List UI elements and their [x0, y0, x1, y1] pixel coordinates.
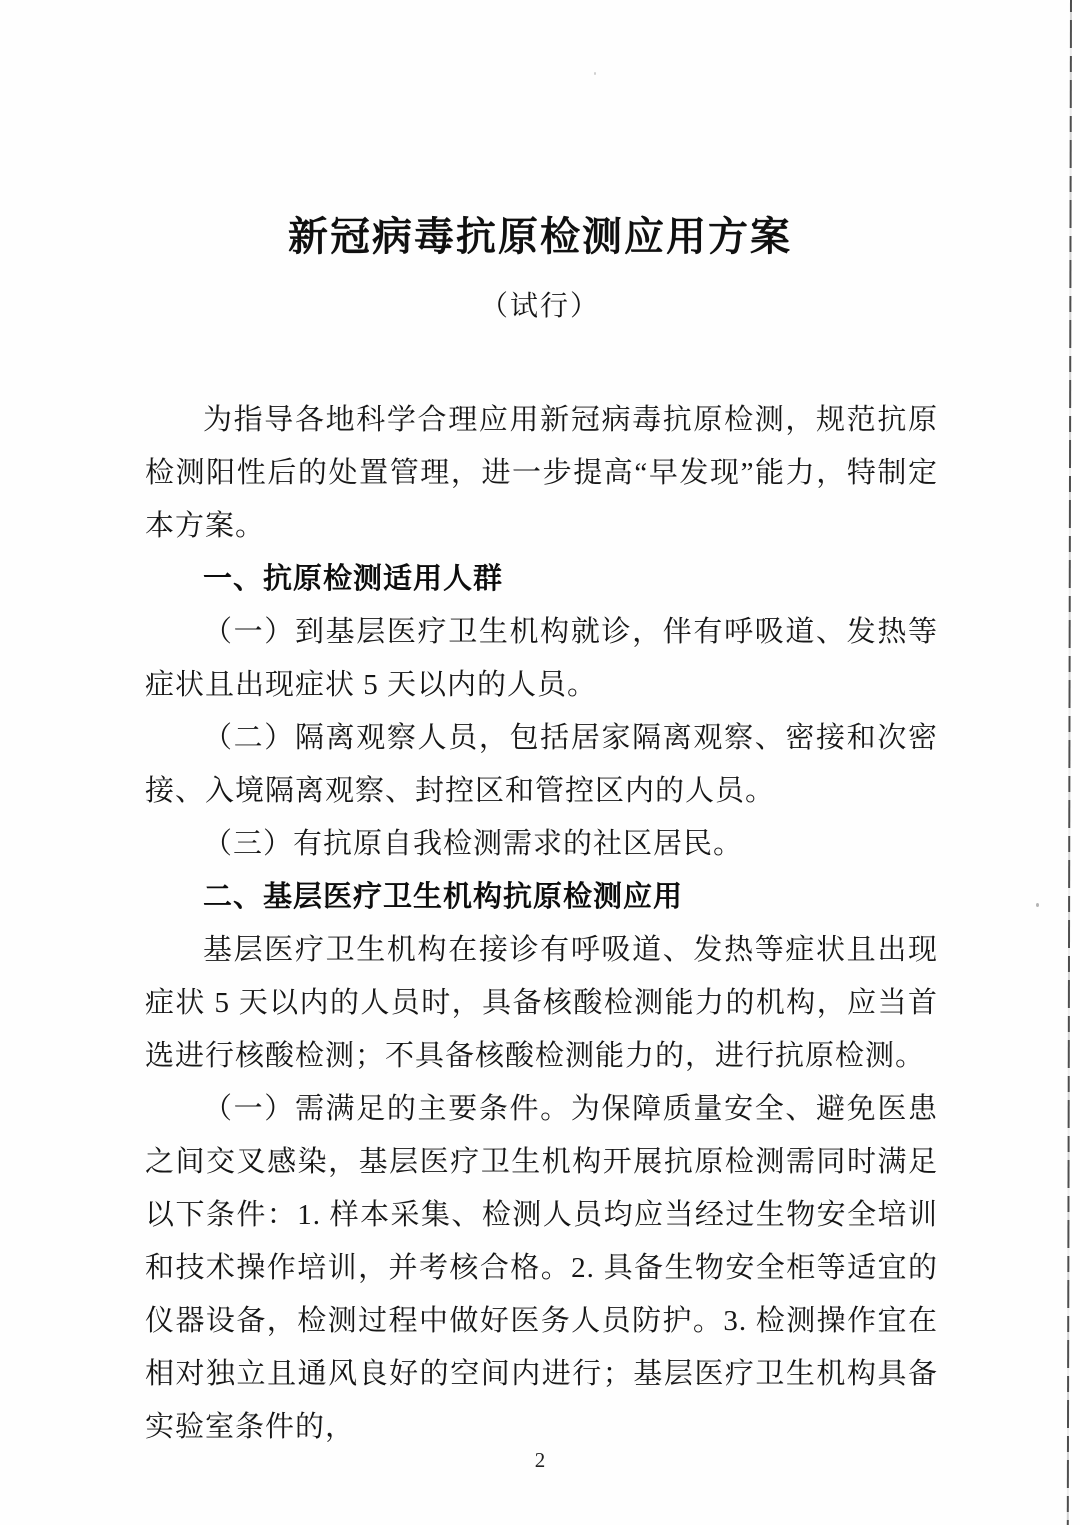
section-heading-1: 一、抗原检测适用人群 — [145, 553, 938, 606]
paragraph-section1-item3: （三）有抗原自我检测需求的社区居民。 — [145, 818, 938, 871]
paragraph-section1-item1: （一）到基层医疗卫生机构就诊，伴有呼吸道、发热等症状且出现症状 5 天以内的人员… — [145, 606, 938, 712]
document-subtitle: （试行） — [0, 290, 1080, 324]
document-page: 新冠病毒抗原检测应用方案 （试行） 为指导各地科学合理应用新冠病毒抗原检测，规范… — [0, 0, 1080, 1525]
document-body: 为指导各地科学合理应用新冠病毒抗原检测，规范抗原检测阳性后的处置管理，进一步提高… — [145, 394, 938, 1454]
document-title: 新冠病毒抗原检测应用方案 — [0, 0, 1080, 264]
paragraph-section2-item1: （一）需满足的主要条件。为保障质量安全、避免医患之间交叉感染，基层医疗卫生机构开… — [145, 1083, 938, 1454]
scan-speck — [594, 72, 596, 75]
page-number: 2 — [0, 1448, 1080, 1473]
paragraph-section2-intro: 基层医疗卫生机构在接诊有呼吸道、发热等症状且出现症状 5 天以内的人员时，具备核… — [145, 924, 938, 1083]
scan-speck — [250, 1414, 253, 1417]
section-heading-2: 二、基层医疗卫生机构抗原检测应用 — [145, 871, 938, 924]
scan-speck — [1036, 903, 1039, 907]
paragraph-intro: 为指导各地科学合理应用新冠病毒抗原检测，规范抗原检测阳性后的处置管理，进一步提高… — [145, 394, 938, 553]
paragraph-section1-item2: （二）隔离观察人员，包括居家隔离观察、密接和次密接、入境隔离观察、封控区和管控区… — [145, 712, 938, 818]
